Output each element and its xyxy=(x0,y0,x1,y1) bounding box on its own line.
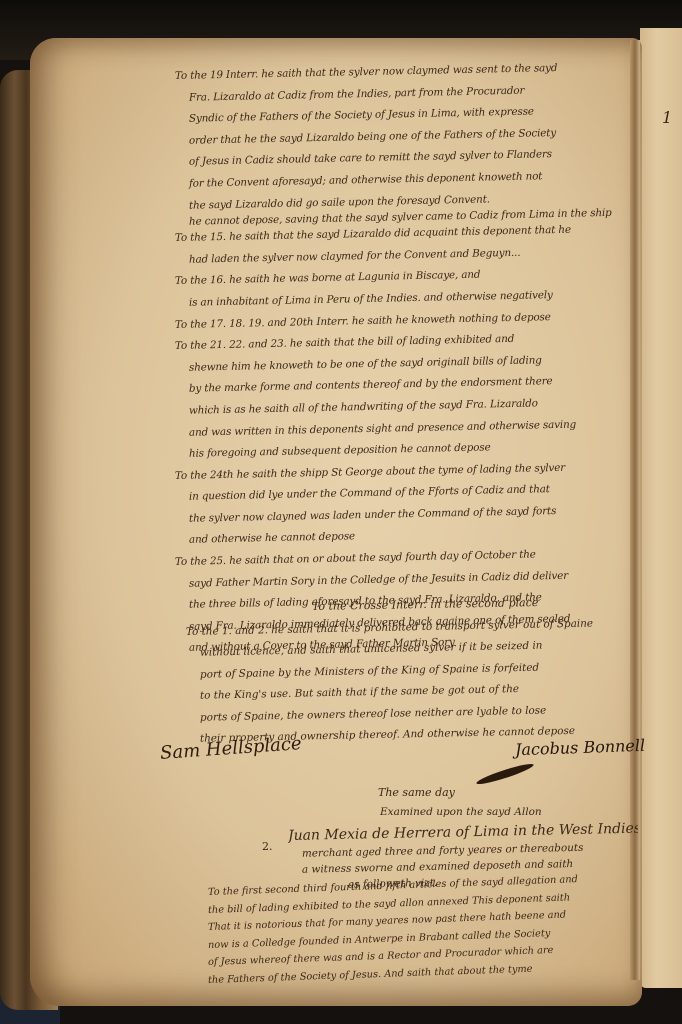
answer-21-23: To the 21. 22. and 23. he saith that the… xyxy=(175,336,635,466)
interrogatory-answers: To the 19 Interr. he saith that the sylv… xyxy=(175,66,635,660)
folio-number: 1 xyxy=(662,108,672,127)
answer-19: To the 19 Interr. he saith that the sylv… xyxy=(175,66,635,228)
answer-24: To the 24th he saith the shipp St George… xyxy=(175,466,635,552)
date-note: The same day xyxy=(378,786,455,799)
examined-note: Examined upon the sayd Allon xyxy=(380,806,542,818)
facing-page xyxy=(640,28,682,988)
witness-answers: To the first second third fourth and fif… xyxy=(208,884,638,990)
cross-interrogatory-answers: To the 1. and 2. he saith that it is pro… xyxy=(186,622,636,750)
witness-number: 2. xyxy=(262,840,273,853)
